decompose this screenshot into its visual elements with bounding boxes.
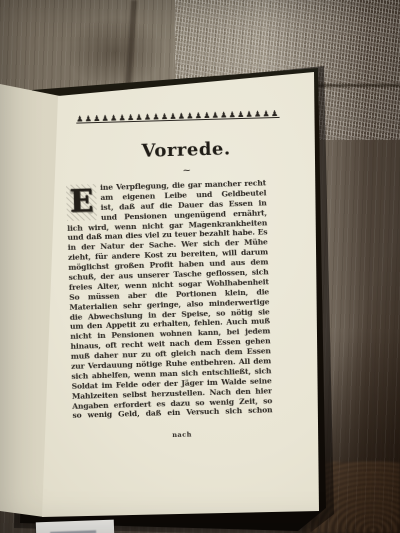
page-title: Vorrede.	[83, 137, 290, 164]
drop-cap-initial: E	[66, 184, 97, 221]
catchword: nach	[79, 428, 285, 442]
printed-page-content: ♟♟♟♟♟♟♟♟♟♟♟♟♟♟♟♟♟♟♟♟♟♟♟♟ Vorrede. ⁓ E in…	[62, 106, 278, 472]
library-label	[36, 520, 114, 533]
title-ornament: ⁓	[84, 163, 290, 178]
photo-open-book: ♟♟♟♟♟♟♟♟♟♟♟♟♟♟♟♟♟♟♟♟♟♟♟♟ Vorrede. ⁓ E in…	[0, 0, 400, 533]
body-text: E ine Verpflegung, die gar mancher recht…	[66, 178, 273, 421]
ornament-border: ♟♟♟♟♟♟♟♟♟♟♟♟♟♟♟♟♟♟♟♟♟♟♟♟	[76, 109, 268, 123]
wood-crack	[318, 84, 400, 87]
